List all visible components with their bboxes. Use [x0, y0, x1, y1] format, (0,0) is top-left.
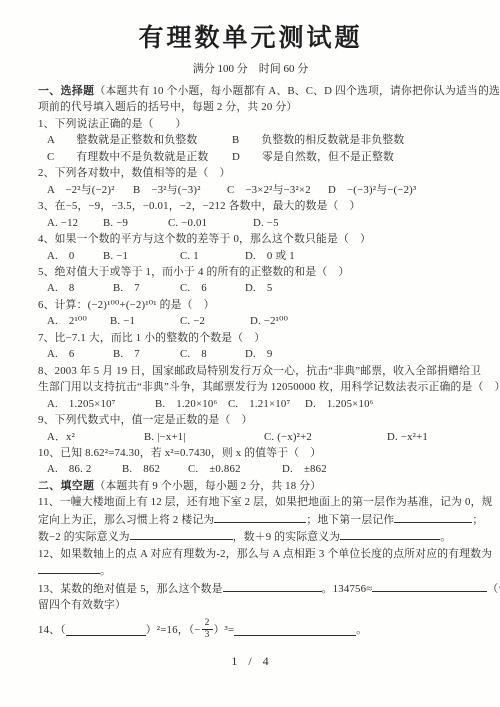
- question-14-text3: ）³=: [214, 622, 235, 637]
- question-14-text1: 14、（: [38, 622, 66, 637]
- question-5-option-b: B. 7: [113, 280, 180, 296]
- question-14-text4: 。: [356, 622, 367, 637]
- question-13-line1: 13、某数的绝对值是 5，那么这个数是。134756≈（保: [38, 580, 463, 597]
- question-3-option-c: C. −0.01: [168, 215, 253, 231]
- question-9-options: A．x² B. |−x+1| C. (−x)²+2 D. −x²+1: [38, 429, 463, 445]
- question-2-option-c: C −3×2²与−3²×2: [227, 182, 328, 198]
- section1-heading-line2: 项前的代号填入题后的括号中，每题 2 分，共 20 分）: [38, 99, 463, 115]
- question-12-line2-text: 。: [100, 565, 111, 577]
- question-13-text1: 13、某数的绝对值是 5，那么这个数是: [38, 583, 223, 595]
- question-7-options: A. 6 B. 7 C. 8 D. 9: [38, 346, 463, 362]
- answer-blank: [340, 528, 440, 540]
- question-5-text: 5、绝对值大于或等于 1，而小于 4 的所有的正整数的和是（ ）: [38, 264, 463, 280]
- question-3-option-a: A. −12: [47, 215, 103, 231]
- fraction-two-thirds: 23: [202, 618, 213, 641]
- fraction-numerator: 2: [202, 618, 213, 630]
- exam-page: 有理数单元测试题 满分 100 分 时间 60 分 一、选择题（本题共有 10 …: [0, 0, 500, 707]
- question-4-option-c: C. 1: [180, 248, 245, 264]
- question-8-options: A. 1.205×10⁷ B. 1.20×10⁶ C. 1.21×10⁷ D. …: [38, 396, 463, 412]
- section2-heading: 二、填空题（本题共有 9 个小题，每小题 2 分，共 18 分）: [38, 478, 463, 494]
- question-10-option-b: B. 862: [122, 461, 188, 477]
- answer-blank: [66, 624, 146, 636]
- question-6-option-c: C. −2: [180, 313, 250, 329]
- question-9-option-c: C. (−x)²+2: [264, 429, 387, 445]
- question-11-line3-text2: ，数＋9 的实际意义为: [233, 531, 340, 543]
- question-11-line1: 11、一幢大楼地面上有 12 层，还有地下室 2 层，如果把地面上的第一层作为基…: [38, 494, 463, 510]
- question-1-option-c: C 有理数中不是负数就是正数: [47, 149, 232, 165]
- question-3-text: 3、在−5，−9，−3.5，−0.01，−2，−212 各数中，最大的数是（ ）: [38, 198, 463, 214]
- question-4-option-b: B. −1: [103, 248, 180, 264]
- question-11-line3: 数−2 的实际意义为，数＋9 的实际意义为。: [38, 528, 463, 545]
- question-10-option-c: C. ±0.862: [188, 461, 282, 477]
- page-number: 1 / 4: [38, 654, 463, 669]
- page-title: 有理数单元测试题: [38, 24, 463, 54]
- question-7-option-c: C. 8: [180, 346, 245, 362]
- question-2-options: A −2²与(−2)² B −3²与(−3)² C −3×2²与−3²×2 D …: [38, 182, 463, 198]
- question-5-option-d: D. 5: [245, 280, 273, 296]
- question-1-options-row1: A 整数就是正整数和负整数 B 负整数的相反数就是非负整数: [38, 132, 463, 148]
- answer-blank: [394, 511, 472, 523]
- question-1-option-b: B 负整数的相反数就是非负整数: [232, 132, 404, 148]
- answer-blank: [372, 580, 487, 592]
- answer-blank: [214, 511, 306, 523]
- question-3-options: A. −12 B. −9 C. −0.01 D. −5: [38, 215, 463, 231]
- question-6-options: A. 2¹⁰⁰ B. −1 C. −2 D. −2¹⁰⁰: [38, 313, 463, 329]
- question-8-option-a: A. 1.205×10⁷: [47, 396, 155, 412]
- question-6-option-b: B. −1: [110, 313, 180, 329]
- question-7-option-a: A. 6: [47, 346, 113, 362]
- question-10-option-d: D. ±862: [282, 461, 327, 477]
- question-14-line: 14、（）²=16，（−23）³=。: [38, 616, 463, 644]
- question-4-options: A. 0 B. −1 C. 1 D. 0 或 1: [38, 248, 463, 264]
- section2-heading-rest: （本题共有 9 个小题，每小题 2 分，共 18 分）: [94, 480, 321, 492]
- question-11-line2-text3: ；: [472, 514, 483, 526]
- answer-blank: [130, 528, 233, 540]
- answer-blank: [38, 562, 100, 574]
- question-11-line2: 定向上为正，那么习惯上将 2 楼记为；地下第一层记作；: [38, 511, 463, 528]
- score-time-line: 满分 100 分 时间 60 分: [38, 62, 463, 77]
- question-9-option-d: D. −x²+1: [387, 429, 428, 445]
- question-4-text: 4、如果一个数的平方与这个数的差等于 0，那么这个数只能是（ ）: [38, 231, 463, 247]
- question-11-line2-text2: ；地下第一层记作: [306, 514, 394, 526]
- question-9-option-a: A．x²: [47, 429, 144, 445]
- question-7-option-b: B. 7: [113, 346, 180, 362]
- question-10-text: 10、已知 8.62²=74.30，若 x²=0.7430，则 x 的值等于（ …: [38, 445, 463, 461]
- question-6-option-a: A. 2¹⁰⁰: [47, 313, 110, 329]
- question-8-text-line2: 生部门用以支持抗击“非典”斗争，其邮票发行为 12050000 枚，用科学记数法…: [38, 379, 463, 395]
- question-5-option-c: C. 6: [180, 280, 245, 296]
- question-9-option-b: B. |−x+1|: [144, 429, 264, 445]
- exam-content: 有理数单元测试题 满分 100 分 时间 60 分 一、选择题（本题共有 10 …: [0, 0, 500, 669]
- question-7-text: 7、比−7.1 大，而比 1 小的整数的个数是（ ）: [38, 330, 463, 346]
- section1-heading: 一、选择题（本题共有 10 个小题，每小题都有 A、B、C、D 四个选项，请你把…: [38, 83, 463, 99]
- fraction-denominator: 3: [202, 630, 213, 641]
- answer-blank: [223, 580, 322, 592]
- answer-blank: [234, 624, 356, 636]
- question-14-text2: ）²=16，（−: [146, 622, 201, 637]
- question-11-line3-text1: 数−2 的实际意义为: [38, 531, 130, 543]
- section1-heading-rest1: （本题共有 10 个小题，每小题都有 A、B、C、D 四个选项，请你把你认为适当…: [94, 85, 500, 97]
- question-13-line2: 留四个有效数字）: [38, 597, 463, 613]
- question-5-option-a: A. 8: [47, 280, 113, 296]
- question-1-options-row2: C 有理数中不是负数就是正数 D 零是自然数，但不是正整数: [38, 149, 463, 165]
- question-3-option-b: B. −9: [103, 215, 168, 231]
- question-10-option-a: A. 86. 2: [47, 461, 122, 477]
- section2-heading-bold: 二、填空题: [38, 480, 94, 492]
- section1-heading-bold: 一、选择题: [38, 85, 94, 97]
- question-6-text: 6、计算：(−2)¹⁰⁰+(−2)¹⁰¹ 的是（ ）: [38, 297, 463, 313]
- question-8-option-b: B. 1.20×10⁶: [155, 396, 228, 412]
- question-7-option-d: D. 9: [245, 346, 273, 362]
- question-6-option-d: D. −2¹⁰⁰: [250, 313, 288, 329]
- question-3-option-d: D. −5: [253, 215, 279, 231]
- question-1-option-a: A 整数就是正整数和负整数: [47, 132, 232, 148]
- question-13-text3: （保: [487, 583, 500, 595]
- question-2-option-a: A −2²与(−2)²: [47, 182, 133, 198]
- question-11-line3-text3: 。: [440, 531, 451, 543]
- question-13-text2: 。134756≈: [322, 583, 373, 595]
- question-2-text: 2、下列各对数中，数值相等的是（ ）: [38, 165, 463, 181]
- question-4-option-a: A. 0: [47, 248, 103, 264]
- question-4-option-d: D. 0 或 1: [245, 248, 295, 264]
- question-12-line1: 12、如果数轴上的点 A 对应有理数为-2，那么与 A 点相距 3 个单位长度的…: [38, 546, 463, 562]
- question-9-text: 9、下列代数式中，值一定是正数的是（ ）: [38, 412, 463, 428]
- question-12-line2: 。: [38, 562, 463, 579]
- question-8-option-d: D. 1.205×10⁶: [305, 396, 374, 412]
- question-1-text: 1、下列说法正确的是（ ）: [38, 116, 463, 132]
- question-5-options: A. 8 B. 7 C. 6 D. 5: [38, 280, 463, 296]
- question-8-option-c: C. 1.21×10⁷: [228, 396, 305, 412]
- question-11-line2-text1: 定向上为正，那么习惯上将 2 楼记为: [38, 514, 214, 526]
- question-1-option-d: D 零是自然数，但不是正整数: [232, 149, 394, 165]
- question-10-options: A. 86. 2 B. 862 C. ±0.862 D. ±862: [38, 461, 463, 477]
- question-2-option-b: B −3²与(−3)²: [133, 182, 227, 198]
- question-8-text-line1: 8、2003 年 5 月 19 日，国家邮政局特别发行万众一心，抗击“非典”邮票…: [38, 363, 463, 379]
- question-2-option-d: D −(−3)²与−(−2)³: [328, 182, 416, 198]
